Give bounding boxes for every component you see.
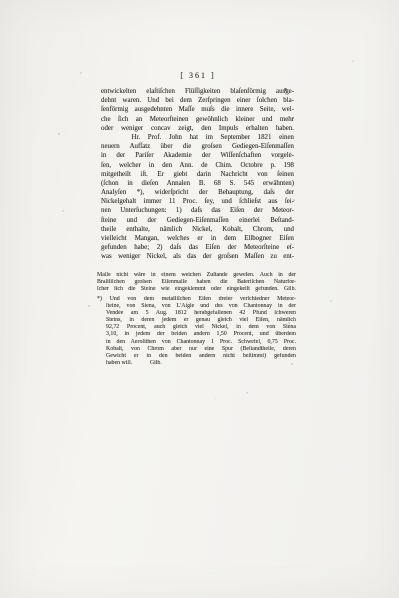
text-line: (ſchon in dieſen Annalen B. 68 S. 545 er…: [101, 179, 294, 188]
scan-speck: [62, 210, 64, 212]
text-line: 92,72 Procent, auch gleich viel Nickel, …: [97, 324, 296, 331]
text-line: Nickelgehalt immer 11 Proc. ſey, und ſch…: [101, 197, 294, 206]
scan-speck: [293, 199, 295, 201]
text-line: in den Aerolithen von Chantonnay 1 Proc.…: [97, 339, 296, 346]
text-line: ſenförmig ausgedehnten Maſſe muſs die in…: [101, 105, 294, 114]
text-line: oder weniger concav zeigt, den Impuls er…: [101, 124, 294, 133]
ink-dot: [284, 88, 287, 91]
scan-speck: [292, 281, 294, 283]
text-line: nen Unterſuchungen: 1) daſs das Eiſen de…: [101, 206, 294, 215]
text-line: mitgetheilt iſt. Er giebt darin Nachrich…: [101, 170, 294, 179]
text-line: haben will. Gilb.: [97, 360, 296, 367]
text-line: Steins, in deren jedem er genau gleich v…: [97, 317, 296, 324]
scan-speck: [246, 392, 248, 394]
scan-speck: [291, 363, 293, 365]
text-line: neuern Aufſatz über die groſsen Gediegen…: [101, 142, 294, 151]
scanned-book-page: [ 361 ] entwickelten elaſtiſchen Flüſſig…: [0, 0, 399, 598]
scan-speck: [292, 117, 294, 119]
scan-speck: [288, 322, 290, 324]
text-line: Maſſe nicht wäre in einem weichen Zuſtan…: [97, 272, 296, 279]
text-line: 3,10, in jedem der beiden andern 1,50 Pr…: [97, 331, 296, 338]
text-line: ſteine, von Siena, von L'Aigle und des v…: [97, 303, 296, 310]
text-line: was weniger Nickel, als das der groſsen …: [101, 252, 294, 261]
text-line: Hr. Prof. John hat im September 1821 ein…: [101, 133, 294, 142]
scan-speck: [352, 60, 354, 62]
text-line: ſen, welcher in den Ann. de Chim. Octobr…: [101, 161, 294, 170]
text-line: che ſich an Meteorſteinen gewöhnlich kle…: [101, 115, 294, 124]
body-text: entwickelten elaſtiſchen Flüſſigkeiten b…: [101, 87, 294, 262]
scan-speck: [290, 243, 292, 245]
text-line: theile enthalte, nämlich Nickel, Kobalt,…: [101, 225, 294, 234]
text-line: in der Pariſer Akademie der Wiſſenſchaft…: [101, 151, 294, 160]
text-line: Analyſen *), widerſpricht der Behauptung…: [101, 188, 294, 197]
scan-speck: [88, 305, 90, 307]
scan-speck: [330, 300, 332, 302]
page-number: [ 361 ]: [100, 71, 296, 80]
scan-speck: [215, 398, 216, 399]
text-line: Kobalt, von Chrom aber nur eine Spur (Be…: [97, 346, 296, 353]
text-line: Braſiliſchen groſsen Eiſenmaſſe haben di…: [97, 279, 296, 286]
text-line: *) Und von dem metalliſchen Eiſen dreier…: [97, 296, 296, 303]
footnote: *) Und von dem metalliſchen Eiſen dreier…: [97, 296, 296, 367]
text-line: vielleicht Mangan, welches er in dem Ell…: [101, 234, 294, 243]
text-line: Gewicht er in den beiden andern nicht be…: [97, 353, 296, 360]
text-line: Vendée am 5 Aug. 1812 herabgefallenen 42…: [97, 310, 296, 317]
scan-speck: [80, 72, 82, 74]
text-line: ſteine und der Gediegen-Eiſenmaſſen eine…: [101, 216, 294, 225]
footnote-continuation: Maſſe nicht wäre in einem weichen Zuſtan…: [97, 272, 296, 293]
text-line: gefunden habe; 2) daſs das Eiſen der Met…: [101, 243, 294, 252]
scan-speck: [289, 152, 291, 154]
scan-speck: [58, 133, 60, 135]
text-line: ſcher ſich die Steine wie eingeklemmt od…: [97, 286, 296, 293]
text-line: entwickelten elaſtiſchen Flüſſigkeiten b…: [101, 87, 294, 96]
text-line: dehnt waren. Und bei dem Zerſpringen ein…: [101, 96, 294, 105]
